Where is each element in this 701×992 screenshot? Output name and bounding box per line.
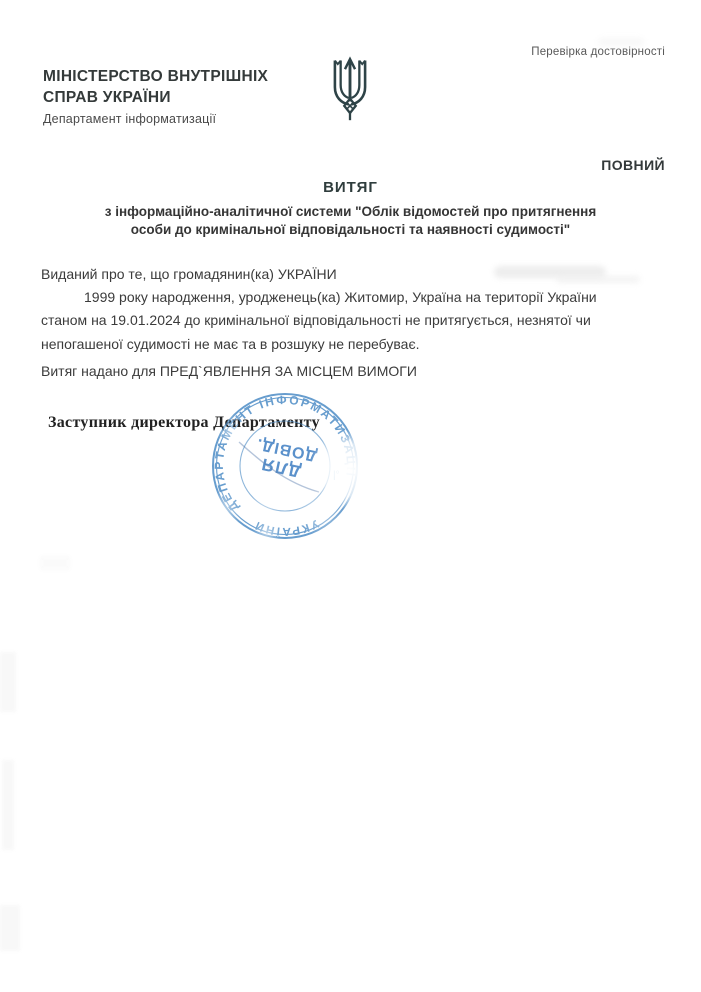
ministry-name-line1: МІНІСТЕРСТВО ВНУТРІШНІХ bbox=[43, 66, 268, 87]
purpose-line: Витяг надано для ПРЕД`ЯВЛЕННЯ ЗА МІСЦЕМ … bbox=[41, 363, 417, 379]
document-subtitle: з інформаційно-аналітичної системи "Облі… bbox=[0, 203, 701, 238]
svg-text:ДЕПАРТАМЕНТ ІНФОРМАТИЗАЦІЇ: ДЕПАРТАМЕНТ ІНФОРМАТИЗАЦІЇ bbox=[212, 393, 359, 515]
body-line-birth: 1999 року народження, уродженець(ка) Жит… bbox=[41, 286, 671, 309]
official-stamp: ДЕПАРТАМЕНТ ІНФОРМАТИЗАЦІЇ УКРАЇНИ ДЛЯ Д… bbox=[189, 370, 381, 562]
scan-edge-artifact bbox=[2, 760, 14, 850]
stamp-edge-mark: |° bbox=[333, 470, 340, 481]
ukraine-trident-icon bbox=[327, 52, 373, 128]
svg-text:УКРАЇНИ: УКРАЇНИ bbox=[252, 517, 320, 538]
scan-edge-artifact bbox=[0, 905, 20, 951]
subtitle-line2: особи до кримінальної відповідальності т… bbox=[0, 221, 701, 239]
body-line-status: станом на 19.01.2024 до кримінальної від… bbox=[41, 309, 671, 332]
scan-smudge bbox=[598, 38, 644, 46]
subtitle-line1: з інформаційно-аналітичної системи "Облі… bbox=[0, 203, 701, 221]
scan-edge-artifact bbox=[0, 652, 16, 712]
department-name: Департамент інформатизації bbox=[43, 112, 268, 126]
signature-title: Заступник директора Департаменту bbox=[48, 414, 320, 432]
scan-edge-artifact bbox=[40, 556, 70, 570]
stamp-ring-text-bottom: УКРАЇНИ bbox=[252, 517, 320, 538]
stamp-ring-text: ДЕПАРТАМЕНТ ІНФОРМАТИЗАЦІЇ bbox=[212, 393, 359, 515]
ministry-header: МІНІСТЕРСТВО ВНУТРІШНІХ СПРАВ УКРАЇНИ Де… bbox=[43, 66, 268, 126]
ministry-name-line2: СПРАВ УКРАЇНИ bbox=[43, 87, 268, 108]
document-page: Перевірка достовірності МІНІСТЕРСТВО ВНУ… bbox=[0, 0, 701, 992]
pen-signature-stroke bbox=[239, 442, 319, 492]
stamp-inner-ring bbox=[240, 421, 330, 511]
body-line-status2: непогашеної судимості не має та в розшук… bbox=[41, 333, 671, 356]
scan-smudge bbox=[556, 276, 640, 283]
extract-type-label: ПОВНИЙ bbox=[601, 157, 665, 173]
stamp-center-line1: ДЛЯ bbox=[259, 454, 303, 481]
document-title: ВИТЯГ bbox=[0, 179, 701, 196]
stamp-center-line2: ДОВІД. bbox=[255, 435, 319, 464]
verification-label: Перевірка достовірності bbox=[531, 46, 665, 58]
